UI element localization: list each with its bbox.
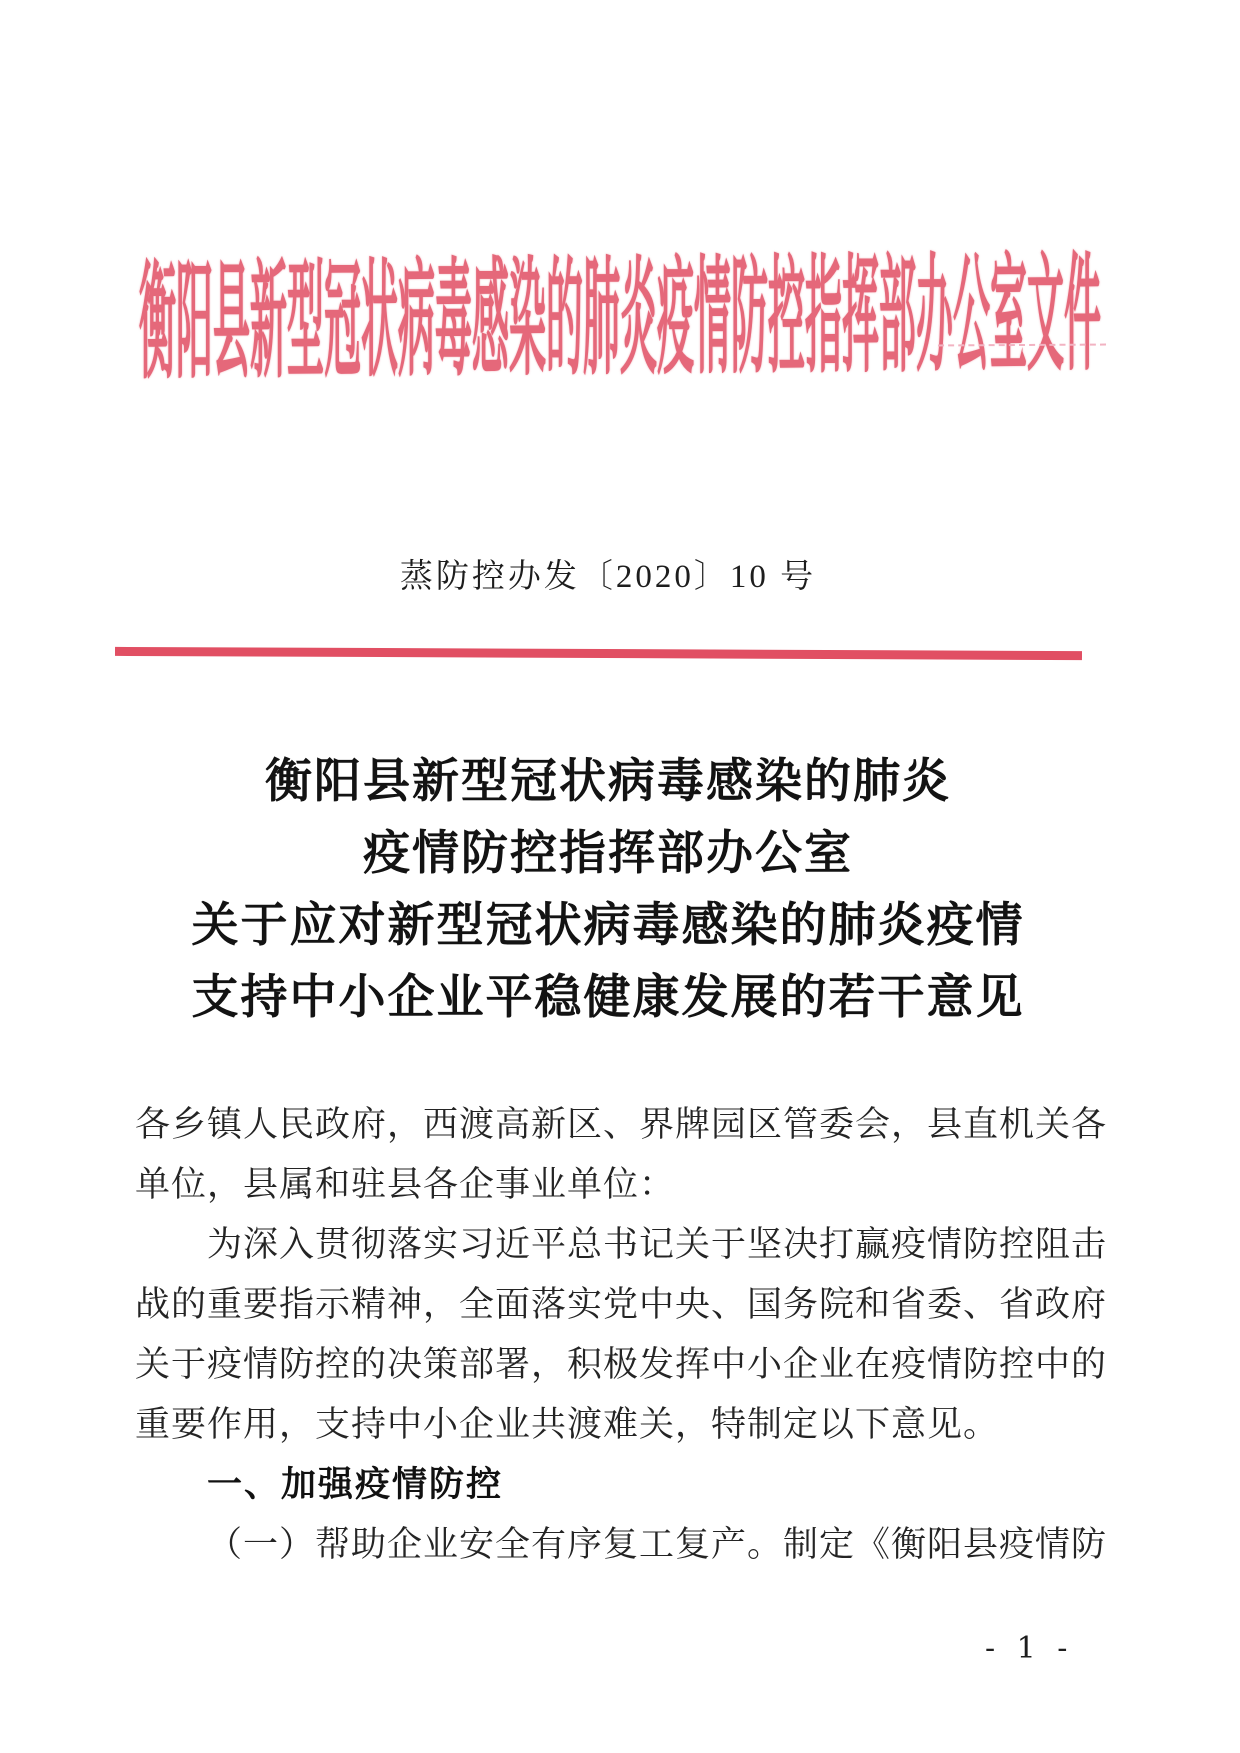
- paragraph-line: 关于疫情防控的决策部署，积极发挥中小企业在疫情防控中的: [135, 1335, 1110, 1395]
- red-divider-rule: [115, 647, 1082, 660]
- section-heading: 一、加强疫情防控: [135, 1455, 1110, 1515]
- document-number: 蒸防控办发〔2020〕10 号: [0, 550, 1228, 597]
- title-line-1: 衡阳县新型冠状病毒感染的肺炎: [0, 746, 1228, 818]
- paragraph-line: 战的重要指示精神，全面落实党中央、国务院和省委、省政府: [135, 1275, 1110, 1335]
- paragraph-line: 重要作用，支持中小企业共渡难关，特制定以下意见。: [135, 1395, 1110, 1455]
- salutation-line: 各乡镇人民政府，西渡高新区、界牌园区管委会，县直机关各: [135, 1095, 1110, 1155]
- red-header-banner: 衡阳县新型冠状病毒感染的肺炎疫情防控指挥部办公室文件: [0, 304, 1240, 341]
- document-page: 衡阳县新型冠状病毒感染的肺炎疫情防控指挥部办公室文件 蒸防控办发〔2020〕10…: [0, 0, 1240, 1753]
- document-body: 各乡镇人民政府，西渡高新区、界牌园区管委会，县直机关各 单位，县属和驻县各企事业…: [135, 1095, 1110, 1575]
- issuing-org-banner-text: 衡阳县新型冠状病毒感染的肺炎疫情防控指挥部办公室文件: [139, 254, 1101, 390]
- salutation-line: 单位，县属和驻县各企事业单位：: [135, 1155, 1110, 1215]
- paragraph-line: 为深入贯彻落实习近平总书记关于坚决打赢疫情防控阻击: [135, 1215, 1110, 1275]
- page-number: - 1 -: [985, 1631, 1073, 1666]
- title-line-4: 支持中小企业平稳健康发展的若干意见: [0, 962, 1228, 1034]
- title-line-3: 关于应对新型冠状病毒感染的肺炎疫情: [0, 890, 1228, 962]
- title-line-2: 疫情防控指挥部办公室: [0, 818, 1228, 890]
- item-line: （一）帮助企业安全有序复工复产。制定《衡阳县疫情防: [135, 1515, 1110, 1575]
- document-title: 衡阳县新型冠状病毒感染的肺炎 疫情防控指挥部办公室 关于应对新型冠状病毒感染的肺…: [0, 746, 1228, 1034]
